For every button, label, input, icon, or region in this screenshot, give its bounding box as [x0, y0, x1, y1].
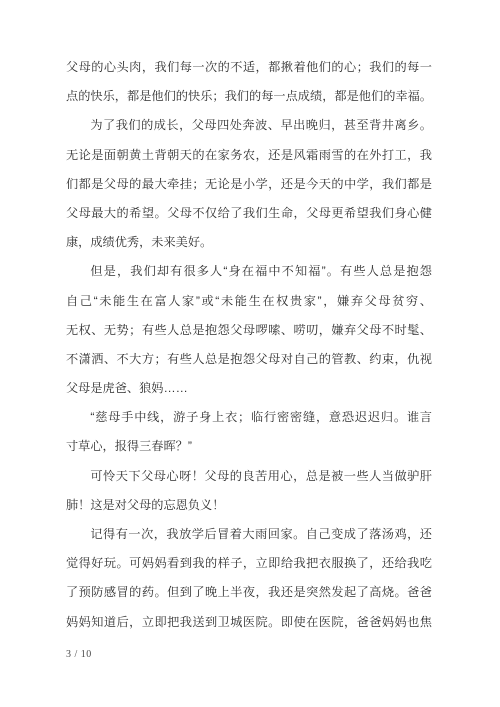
paragraph: 记得有一次，我放学后冒着大雨回家。自己变成了落汤鸡，还觉得好玩。可妈妈看到我的样… — [66, 520, 432, 637]
text-line: 无论是面朝黄土背朝天的在家务农，还是风霜雨雪的在外打工，我 — [66, 141, 432, 170]
paragraph: 为了我们的成长，父母四处奔波、早出晚归，甚至背井离乡。无论是面朝黄土背朝天的在家… — [66, 111, 432, 257]
paragraph: 父母的心头肉，我们每一次的不适，都揪着他们的心；我们的每一点的快乐，都是他们的快… — [66, 53, 432, 111]
text-line: 肺！这是对父母的忘恩负义！ — [66, 491, 432, 520]
text-line: 记得有一次，我放学后冒着大雨回家。自己变成了落汤鸡，还 — [66, 520, 432, 549]
text-line: 寸草心，报得三春晖？” — [66, 432, 432, 461]
document-page: 父母的心头肉，我们每一次的不适，都揪着他们的心；我们的每一点的快乐，都是他们的快… — [0, 0, 500, 707]
text-line: 不潇洒、不大方；有些人总是抱怨父母对自己的管教、约束，仇视 — [66, 345, 432, 374]
text-line: 们都是父母的最大牵挂；无论是小学，还是今天的中学，我们都是 — [66, 170, 432, 199]
paragraph: “慈母手中线，游子身上衣；临行密密缝，意恐迟迟归。谁言寸草心，报得三春晖？” — [66, 403, 432, 461]
text-line: 康，成绩优秀，未来美好。 — [66, 228, 432, 257]
text-line: 无权、无势；有些人总是抱怨父母啰嗦、唠叨，嫌弃父母不时髦、 — [66, 316, 432, 345]
text-line: 觉得好玩。可妈妈看到我的样子，立即给我把衣服换了，还给我吃 — [66, 549, 432, 578]
text-line: 但是，我们却有很多人“身在福中不知福”。有些人总是抱怨 — [66, 257, 432, 286]
text-line: 了预防感冒的药。但到了晚上半夜，我还是突然发起了高烧。爸爸 — [66, 578, 432, 607]
text-line: 点的快乐，都是他们的快乐；我们的每一点成绩，都是他们的幸福。 — [66, 82, 432, 111]
text-line: “慈母手中线，游子身上衣；临行密密缝，意恐迟迟归。谁言 — [66, 403, 432, 432]
text-line: 自己“未能生在富人家”或“未能生在权贵家”，嫌弃父母贫穷、 — [66, 287, 432, 316]
paragraph: 但是，我们却有很多人“身在福中不知福”。有些人总是抱怨自己“未能生在富人家”或“… — [66, 257, 432, 403]
paragraph: 可怜天下父母心呀！父母的良苦用心，总是被一些人当做驴肝肺！这是对父母的忘恩负义！ — [66, 462, 432, 520]
text-line: 妈妈知道后，立即把我送到卫城医院。即使在医院，爸爸妈妈也焦 — [66, 608, 432, 637]
text-line: 为了我们的成长，父母四处奔波、早出晚归，甚至背井离乡。 — [66, 111, 432, 140]
text-line: 可怜天下父母心呀！父母的良苦用心，总是被一些人当做驴肝 — [66, 462, 432, 491]
text-block: 父母的心头肉，我们每一次的不适，都揪着他们的心；我们的每一点的快乐，都是他们的快… — [66, 53, 432, 637]
text-line: 父母是虎爸、狼妈…… — [66, 374, 432, 403]
text-line: 父母最大的希望。父母不仅给了我们生命，父母更希望我们身心健 — [66, 199, 432, 228]
text-line: 父母的心头肉，我们每一次的不适，都揪着他们的心；我们的每一 — [66, 53, 432, 82]
page-number: 3 / 10 — [66, 649, 92, 660]
